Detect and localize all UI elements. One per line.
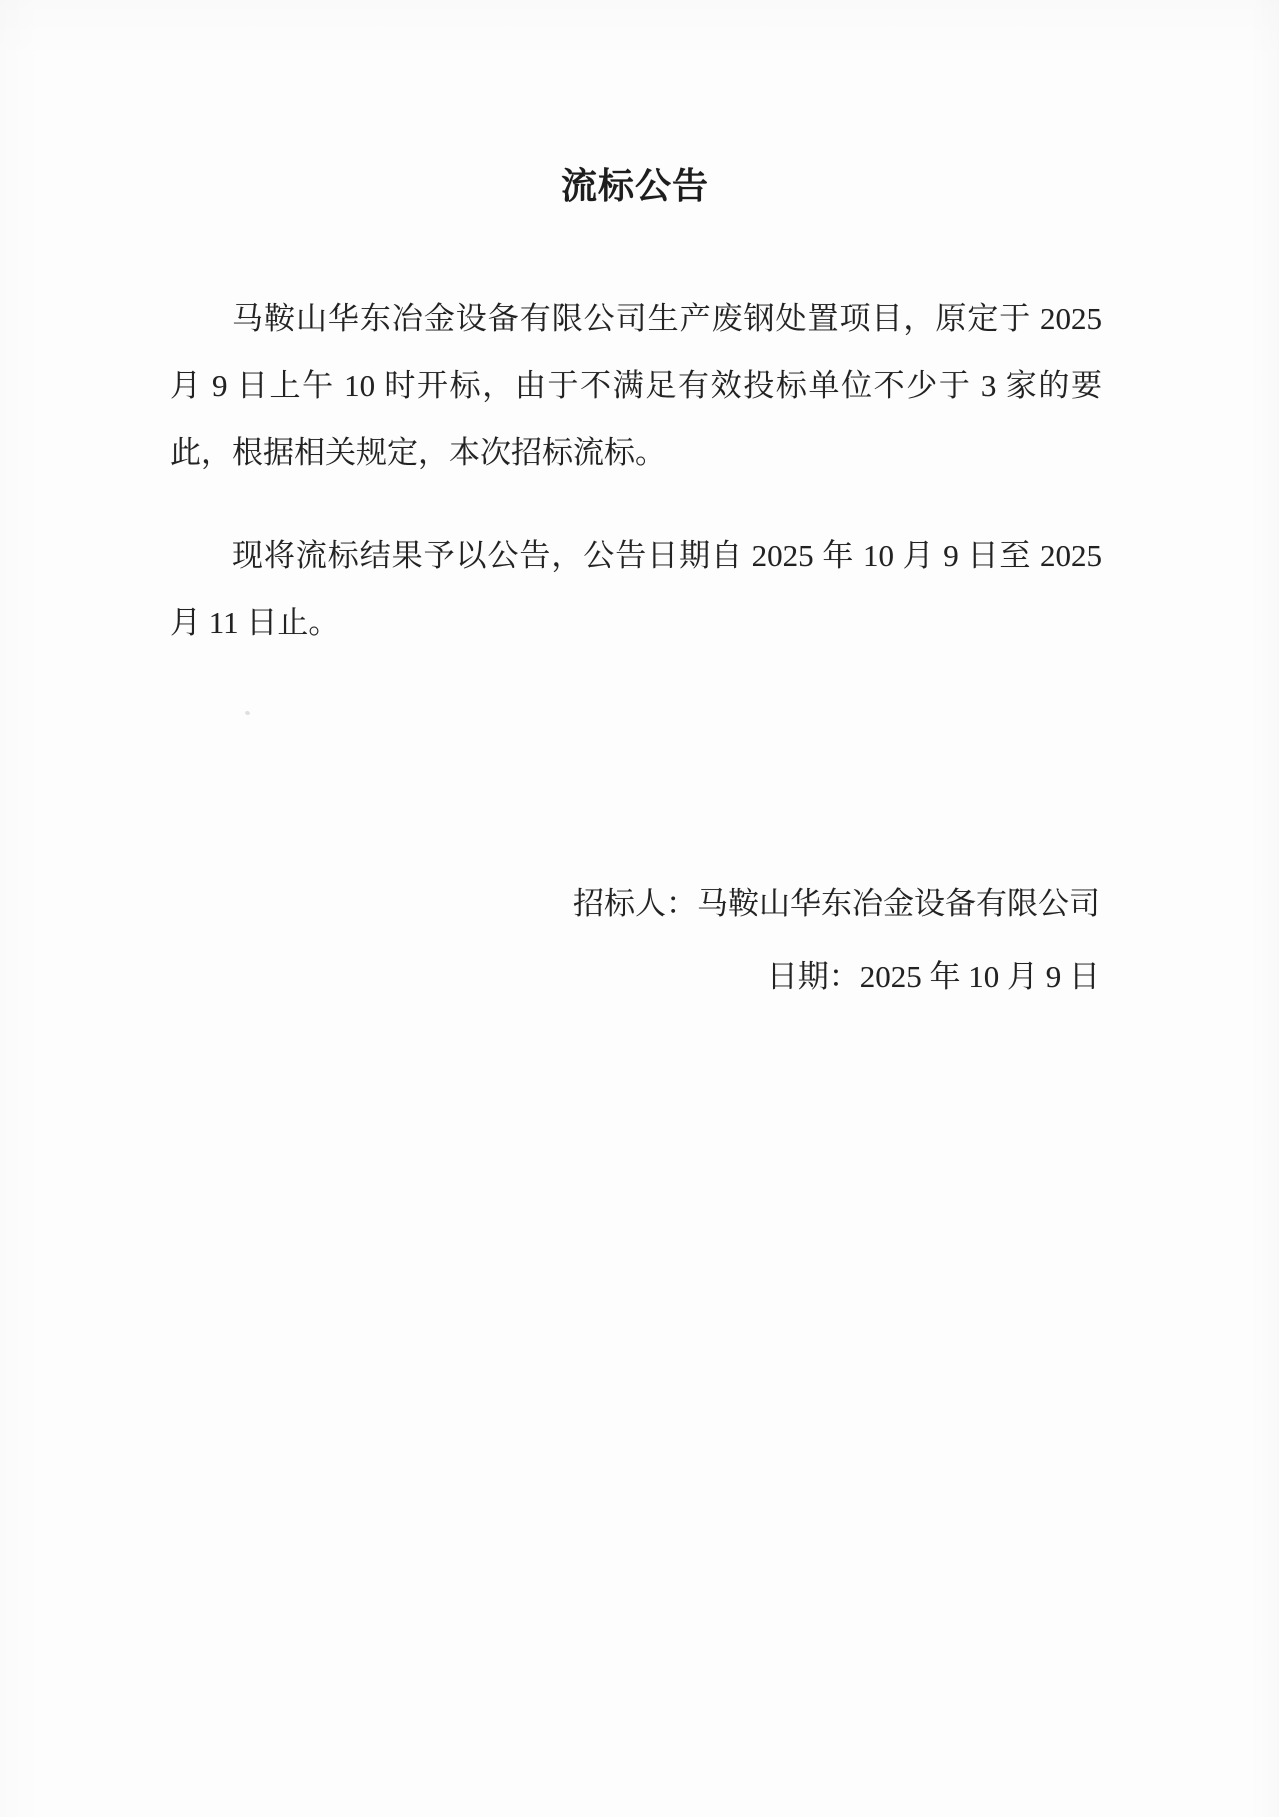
paragraph-1-line-1: 马鞍山华东冶金设备有限公司生产废钢处置项目，原定于 2025 年 10: [170, 285, 1102, 352]
paragraph-2: 现将流标结果予以公告，公告日期自 2025 年 10 月 9 日至 2025 年…: [170, 522, 1102, 656]
paragraph-1: 马鞍山华东冶金设备有限公司生产废钢处置项目，原定于 2025 年 10 月 9 …: [170, 285, 1102, 486]
signature-date: 日期：2025 年 10 月 9 日: [767, 957, 1100, 997]
scan-speck-artifact: [244, 710, 250, 715]
scanned-document-page: 流标公告 马鞍山华东冶金设备有限公司生产废钢处置项目，原定于 2025 年 10…: [0, 0, 1279, 1817]
signature-tenderer: 招标人：马鞍山华东冶金设备有限公司: [573, 884, 1100, 924]
paragraph-1-line-2: 月 9 日上午 10 时开标，由于不满足有效投标单位不少于 3 家的要求。因: [170, 352, 1102, 419]
paragraph-1-line-3: 此，根据相关规定，本次招标流标。: [170, 419, 1102, 486]
paragraph-2-line-1: 现将流标结果予以公告，公告日期自 2025 年 10 月 9 日至 2025 年…: [170, 522, 1102, 589]
document-title: 流标公告: [0, 158, 1270, 209]
paragraph-2-line-2: 月 11 日止。: [170, 589, 1102, 656]
